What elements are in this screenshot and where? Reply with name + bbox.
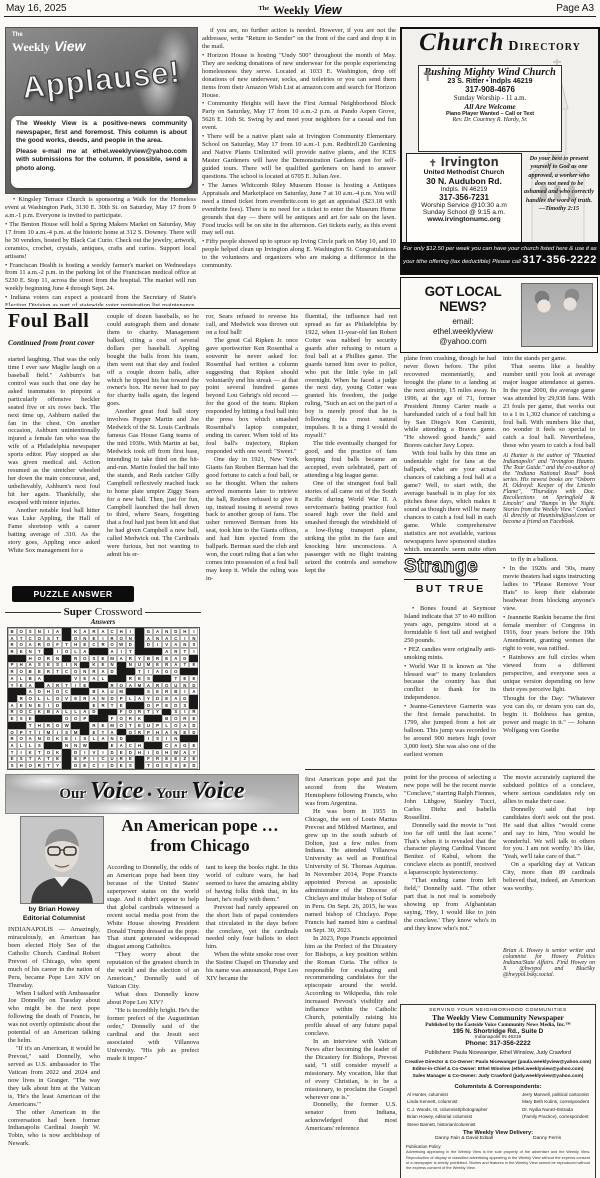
letter-cell: A — [80, 648, 89, 655]
letter-cell: I — [80, 749, 89, 756]
irvington-umc-ad: ✝ Irvington United Methodist Church 30 N… — [406, 153, 522, 246]
letter-cell: H — [180, 628, 189, 635]
letter-cell: E — [153, 688, 162, 695]
letter-cell: A — [26, 682, 35, 689]
letter-cell: R — [108, 682, 117, 689]
letter-cell: D — [189, 682, 198, 689]
black-cell — [135, 648, 144, 655]
letter-cell: M — [117, 688, 126, 695]
columnist-entry: C.J. Woods, III, columnist/photographer — [407, 1106, 488, 1114]
got-local-news-ad: GOT LOCAL NEWS? email: ethel.weeklyview … — [400, 277, 598, 353]
applause-logo: The Weekly View — [12, 32, 85, 55]
article-paragraph: One day in 1921, New York Giants fan Reu… — [206, 456, 298, 583]
letter-cell: U — [144, 722, 153, 729]
black-cell — [135, 628, 144, 635]
letter-cell: T — [53, 668, 62, 675]
letter-cell: E — [117, 749, 126, 756]
letter-cell: C — [89, 641, 98, 648]
owner-line: Editor-in-Chief & Co-Owner: Ethel Winslo… — [401, 1066, 595, 1073]
letter-cell: A — [144, 635, 153, 642]
letter-cell: T — [17, 635, 26, 642]
newspaper-title: The Weekly View Community Newspaper — [401, 1013, 595, 1022]
banner-voice2: Voice — [191, 778, 244, 804]
scripture-verse: Do your best to present yourself to God … — [523, 155, 595, 243]
black-cell — [135, 756, 144, 763]
church-website-link[interactable]: www.irvingtonumc.org — [407, 216, 521, 223]
letter-cell: A — [126, 682, 135, 689]
letter-cell: N — [162, 628, 171, 635]
letter-cell: R — [89, 722, 98, 729]
columnists-header: Columnists & Correspondents: — [401, 1084, 595, 1090]
black-cell — [53, 715, 62, 722]
letter-cell: D — [108, 762, 117, 769]
black-cell — [153, 742, 162, 749]
letter-cell: W — [117, 641, 126, 648]
letter-cell: S — [35, 742, 44, 749]
letter-cell: N — [26, 702, 35, 709]
letter-cell: I — [189, 648, 198, 655]
article-paragraph: That seems like a healthy number until y… — [503, 363, 595, 451]
article-paragraph: Prevost had rarely appeared on the short… — [206, 904, 298, 952]
letter-cell: P — [144, 729, 153, 736]
letter-cell: T — [144, 762, 153, 769]
letter-cell: E — [189, 742, 198, 749]
letter-cell: N — [153, 635, 162, 642]
letter-cell: S — [35, 662, 44, 669]
letter-cell: E — [189, 715, 198, 722]
letter-cell: I — [98, 749, 107, 756]
black-cell — [135, 635, 144, 642]
letter-cell: F — [53, 641, 62, 648]
letter-cell: A — [44, 682, 53, 689]
letter-cell: H — [117, 628, 126, 635]
letter-cell: A — [189, 688, 198, 695]
letter-cell: D — [126, 641, 135, 648]
foulball-col2: couple of dozen baseballs, so he could a… — [107, 313, 199, 603]
black-cell — [89, 682, 98, 689]
letter-cell: R — [153, 682, 162, 689]
letter-cell: I — [180, 709, 189, 716]
columnists-left: Al Hunter, columnistLinda Kennett, colum… — [407, 1091, 488, 1129]
letter-cell: E — [98, 655, 107, 662]
strange-fact: • Jeanne-Genevieve Garnerin was the firs… — [404, 703, 496, 759]
black-cell — [53, 675, 62, 682]
letter-cell: P — [117, 695, 126, 702]
article-paragraph: The great Cal Ripken Jr. once gave sport… — [206, 337, 298, 456]
black-cell — [17, 655, 26, 662]
letter-cell: U — [171, 682, 180, 689]
black-cell — [135, 641, 144, 648]
letter-cell: R — [8, 648, 17, 655]
pope-col1: INDIANAPOLIS — Amazingly, miraculously, … — [8, 926, 100, 1174]
letter-cell: O — [71, 715, 80, 722]
letter-cell: M — [71, 729, 80, 736]
black-cell — [135, 735, 144, 742]
foulball-col3: ror, Sears refused to reverse his call, … — [206, 313, 298, 765]
letter-cell: E — [71, 695, 80, 702]
black-cell — [180, 735, 189, 742]
letter-cell: A — [35, 675, 44, 682]
letter-cell: Y — [53, 762, 62, 769]
letter-cell: D — [180, 695, 189, 702]
black-cell — [117, 662, 126, 669]
letter-cell: R — [8, 641, 17, 648]
black-cell — [189, 735, 198, 742]
black-cell — [8, 695, 17, 702]
black-cell — [135, 762, 144, 769]
article-paragraph: Another great foul ball story involves P… — [107, 408, 199, 559]
black-cell — [98, 742, 107, 749]
letter-cell: L — [71, 648, 80, 655]
letter-cell: A — [89, 695, 98, 702]
letter-cell: C — [162, 742, 171, 749]
letter-cell: H — [135, 742, 144, 749]
article-paragraph: The other American in the conversation h… — [8, 1109, 100, 1149]
church-ad-address: 23 S. Ritter • Indpls 46219 — [419, 78, 561, 85]
letter-cell: R — [35, 641, 44, 648]
letter-cell: A — [171, 695, 180, 702]
owner-line: Creative Director & Co-Owner: Paula Nice… — [401, 1059, 595, 1066]
masthead-info-box: SERVING YOUR NEIGHBORHOOD COMMUNITIES Th… — [400, 1004, 596, 1178]
letter-cell: I — [144, 749, 153, 756]
letter-cell: H — [135, 749, 144, 756]
letter-cell: T — [144, 709, 153, 716]
letter-cell: O — [62, 715, 71, 722]
letter-cell: S — [144, 675, 153, 682]
letter-cell: R — [35, 762, 44, 769]
crossword-title: Crossword — [95, 606, 143, 618]
letter-cell: W — [171, 749, 180, 756]
letter-cell: R — [117, 756, 126, 763]
church-ad-worship: Sunday Worship - 11 a.m. — [419, 94, 561, 102]
letter-cell: C — [62, 688, 71, 695]
letter-cell: C — [26, 709, 35, 716]
letter-cell: O — [17, 709, 26, 716]
puzzle-answer-label: PUZZLE ANSWER — [12, 586, 134, 602]
letter-cell: O — [53, 722, 62, 729]
author-bio-al-hunter: Al Hunter is the author of "Haunted Indi… — [503, 453, 595, 549]
article-paragraph: The movie accurately captured the subdue… — [503, 774, 595, 806]
letter-cell: R — [153, 756, 162, 763]
article-paragraph: When I talked with Ambassador Joe Donnel… — [8, 990, 100, 1046]
letter-cell: I — [144, 735, 153, 742]
letter-cell: T — [98, 729, 107, 736]
portrait-illustration — [21, 817, 103, 903]
letter-cell: T — [126, 648, 135, 655]
black-cell — [80, 722, 89, 729]
letter-cell: A — [171, 655, 180, 662]
letter-cell: P — [8, 662, 17, 669]
letter-cell: E — [162, 702, 171, 709]
letter-cell: I — [71, 735, 80, 742]
letter-cell: E — [135, 675, 144, 682]
letter-cell: T — [35, 749, 44, 756]
article-paragraph: fluential, the influence had not spread … — [305, 313, 397, 440]
church-directory: Church Directory ✝ Rushing Mighty Wind C… — [400, 27, 600, 275]
strange-logo-word1: Strange — [404, 556, 478, 580]
letter-cell: A — [153, 668, 162, 675]
letter-cell: E — [35, 668, 44, 675]
black-cell — [62, 762, 71, 769]
black-cell — [117, 729, 126, 736]
letter-cell: T — [62, 682, 71, 689]
letter-cell: T — [26, 722, 35, 729]
pope-col2: According to Donnelly, the odds of an Am… — [107, 864, 199, 1175]
letter-cell: I — [71, 682, 80, 689]
headline-line1: An American pope … — [103, 816, 297, 836]
letter-cell: S — [180, 702, 189, 709]
letter-cell: M — [108, 722, 117, 729]
letter-cell: E — [180, 729, 189, 736]
letter-cell: E — [89, 702, 98, 709]
church-ad-phone: 317-356-7231 — [407, 193, 521, 202]
letter-cell: O — [117, 715, 126, 722]
black-cell — [44, 742, 53, 749]
black-cell — [126, 688, 135, 695]
letter-cell: O — [144, 702, 153, 709]
letter-cell: V — [89, 749, 98, 756]
letter-cell: O — [8, 729, 17, 736]
email-domain[interactable]: @yahoo.com — [405, 337, 521, 347]
delivery-name2: Danny Ferris — [533, 1136, 561, 1141]
black-cell — [80, 662, 89, 669]
letter-cell: T — [8, 749, 17, 756]
article-paragraph: Donnelly, the former U.S. senator from I… — [305, 1101, 397, 1133]
black-cell — [126, 735, 135, 742]
strange-fact: • PEZ candies were originally anti-smoki… — [404, 646, 496, 662]
church-ad-pastor: Rev. Dr. Courtney R. Hardy, Sr. — [419, 117, 561, 123]
publishers-line: Publishers: Paula Nicewanger, Ethel Wins… — [401, 1050, 595, 1056]
letter-cell: D — [108, 668, 117, 675]
article-paragraph: first American pope and just the second … — [305, 776, 397, 808]
letter-cell: T — [108, 702, 117, 709]
strange-fact: • World War II is known as "the blessed … — [404, 663, 496, 703]
black-cell — [189, 702, 198, 709]
rushing-mighty-wind-ad: ✝ Rushing Mighty Wind Church 23 S. Ritte… — [418, 65, 562, 152]
letter-cell: P — [153, 722, 162, 729]
letter-cell: N — [126, 635, 135, 642]
letter-cell: V — [162, 641, 171, 648]
black-cell — [71, 722, 80, 729]
article-paragraph: In an interview with Vatican News after … — [305, 1038, 397, 1102]
letter-cell: S — [126, 762, 135, 769]
applause-logo-view: View — [54, 38, 85, 54]
banner-your: Your — [156, 786, 188, 802]
black-cell — [162, 709, 171, 716]
letter-cell: P — [80, 715, 89, 722]
black-cell — [62, 628, 71, 635]
byline: by Brian Howey Editorial Columnist — [8, 906, 100, 924]
bio-paragraph: Al Hunter is the author of "Haunted Indi… — [503, 453, 595, 525]
letter-cell: E — [8, 715, 17, 722]
letter-cell: H — [162, 749, 171, 756]
letter-cell: C — [98, 756, 107, 763]
letter-cell: C — [26, 635, 35, 642]
church-ad-service2: Sunday School @ 9:15 a.m. — [407, 209, 521, 216]
letter-cell: R — [135, 709, 144, 716]
letter-cell: N — [108, 735, 117, 742]
letter-cell: T — [26, 756, 35, 763]
church-directory-title: Church Directory — [402, 29, 598, 57]
policy-text: Advertising appearing in the Weekly View… — [401, 1149, 595, 1170]
black-cell — [153, 675, 162, 682]
strange-fact: • Jeannette Rankin became the first fema… — [503, 614, 595, 654]
black-cell — [71, 688, 80, 695]
letter-cell: O — [171, 715, 180, 722]
church-title-script: Church — [419, 29, 504, 56]
letter-cell: S — [53, 662, 62, 669]
letter-cell: Z — [180, 756, 189, 763]
article-paragraph: The tide eventually changed for good, an… — [305, 440, 397, 480]
church-title-caps: Directory — [508, 39, 580, 54]
applause-ad: The Weekly View Applause! The Weekly Vie… — [5, 27, 198, 194]
letter-cell: K — [35, 709, 44, 716]
strange-fact: • In the 1920s and '30s, many movie thea… — [503, 565, 595, 613]
crossword-answer-block: Super Crossword Answers BOSNIAKARACHIGAN… — [5, 606, 201, 772]
byline-author: by Brian Howey — [8, 906, 100, 915]
letter-cell: E — [189, 756, 198, 763]
letter-cell: L — [98, 675, 107, 682]
letter-cell: R — [44, 655, 53, 662]
letter-cell: L — [71, 709, 80, 716]
letter-cell: G — [162, 668, 171, 675]
letter-cell: E — [17, 682, 26, 689]
letter-cell: R — [44, 668, 53, 675]
letter-cell: S — [89, 655, 98, 662]
columnists-lists: Al Hunter, columnistLinda Kennett, colum… — [401, 1091, 595, 1129]
black-cell — [180, 668, 189, 675]
letter-cell: E — [98, 722, 107, 729]
letter-cell: D — [171, 702, 180, 709]
letter-cell: O — [108, 641, 117, 648]
cross-icon: ✝ — [429, 158, 437, 168]
letter-cell: D — [71, 762, 80, 769]
columnist-entry: Al Hunter, columnist — [407, 1091, 488, 1099]
letter-cell: H — [44, 688, 53, 695]
masthead-the: The — [258, 5, 269, 12]
letter-cell: N — [171, 729, 180, 736]
letter-cell: A — [171, 742, 180, 749]
applause-intro-2: Please e-mail me at ethel.weeklyview@yah… — [16, 148, 187, 174]
got-news-email[interactable]: email: ethel.weeklyview @yahoo.com — [405, 317, 521, 347]
black-cell — [153, 648, 162, 655]
strange-col1: • Bones found at Seymour Island indicate… — [404, 605, 496, 765]
black-cell — [189, 695, 198, 702]
letter-cell: N — [171, 735, 180, 742]
foulball-col1: started laughing. That was the only time… — [8, 356, 100, 582]
letter-cell: E — [162, 756, 171, 763]
applause-title: Applause! — [5, 52, 198, 108]
letter-cell: A — [108, 648, 117, 655]
article-paragraph: ror, Sears refused to reverse his call, … — [206, 313, 298, 337]
black-cell — [126, 702, 135, 709]
letter-cell: D — [180, 655, 189, 662]
columnist-entry: Jerry Mannell, political cartoonist — [522, 1091, 589, 1099]
black-cell — [144, 715, 153, 722]
black-cell — [189, 655, 198, 662]
letter-cell: A — [98, 688, 107, 695]
letter-cell: O — [26, 695, 35, 702]
letter-cell: D — [108, 749, 117, 756]
letter-cell: O — [44, 641, 53, 648]
community-items-column: if you are, no further action is needed.… — [202, 27, 396, 306]
letter-cell: I — [162, 735, 171, 742]
letter-cell: P — [153, 702, 162, 709]
letter-cell: U — [135, 662, 144, 669]
title-rule-right — [145, 612, 201, 613]
black-cell — [89, 742, 98, 749]
letter-cell: G — [180, 742, 189, 749]
letter-cell: I — [189, 628, 198, 635]
letter-cell: R — [98, 641, 107, 648]
article-paragraph: One of the strangest foul ball stories o… — [305, 480, 397, 575]
letter-cell: O — [117, 682, 126, 689]
applause-intro-box: The Weekly View is a positive-news commu… — [11, 116, 192, 188]
letter-cell: O — [26, 762, 35, 769]
letter-cell: E — [71, 756, 80, 763]
letter-cell: F — [144, 756, 153, 763]
letter-cell: T — [44, 762, 53, 769]
church-ad-address: 30 N. Audubon Rd. — [407, 176, 521, 186]
black-cell — [44, 675, 53, 682]
letter-cell: T — [126, 722, 135, 729]
letter-cell: D — [171, 628, 180, 635]
letter-cell: B — [26, 668, 35, 675]
columnist-entry: Brian Howey, editorial columnist — [407, 1113, 488, 1121]
black-cell — [8, 655, 17, 662]
letter-cell: U — [108, 688, 117, 695]
article-paragraph: In 2023, Pope Francis appointed him as t… — [305, 935, 397, 1038]
strange-fact: • Rainbows are full circles when viewed … — [503, 654, 595, 694]
letter-cell: O — [71, 635, 80, 642]
applause-item: • Kingsley Terrace Church is sponsoring … — [5, 196, 196, 220]
letter-cell: R — [44, 722, 53, 729]
letter-cell: L — [89, 735, 98, 742]
letter-cell: O — [162, 682, 171, 689]
letter-cell: S — [144, 688, 153, 695]
email-user[interactable]: ethel.weeklyview — [405, 327, 521, 337]
letter-cell: N — [126, 662, 135, 669]
article-paragraph: Another notable foul ball hitter was Luk… — [8, 507, 100, 555]
letter-cell: E — [153, 662, 162, 669]
letter-cell: K — [53, 735, 62, 742]
letter-cell: E — [117, 702, 126, 709]
crossword-grid: BOSNIAKARACHIGANDHIATCOSTONEIRONANACINRO… — [7, 627, 200, 770]
black-cell — [98, 715, 107, 722]
church-ad-service1: Worship Service @10:30 a.m — [407, 202, 521, 209]
community-item: • Community Heights will have the First … — [202, 100, 396, 132]
letter-cell: K — [135, 715, 144, 722]
letter-cell: R — [180, 715, 189, 722]
letter-cell: H — [153, 729, 162, 736]
letter-cell: O — [53, 695, 62, 702]
letter-cell: S — [162, 762, 171, 769]
letter-cell: R — [98, 702, 107, 709]
letter-cell: L — [126, 695, 135, 702]
article-paragraph: According to Donnelly, the odds of an Am… — [107, 864, 199, 951]
letter-cell: D — [126, 749, 135, 756]
black-cell — [89, 648, 98, 655]
letter-cell: I — [126, 628, 135, 635]
letter-cell: D — [189, 729, 198, 736]
black-cell — [62, 635, 71, 642]
black-cell — [80, 688, 89, 695]
letter-cell: E — [162, 655, 171, 662]
letter-cell: S — [17, 715, 26, 722]
letter-cell: D — [71, 749, 80, 756]
black-cell — [35, 715, 44, 722]
kids-whispering-photo — [521, 283, 593, 347]
